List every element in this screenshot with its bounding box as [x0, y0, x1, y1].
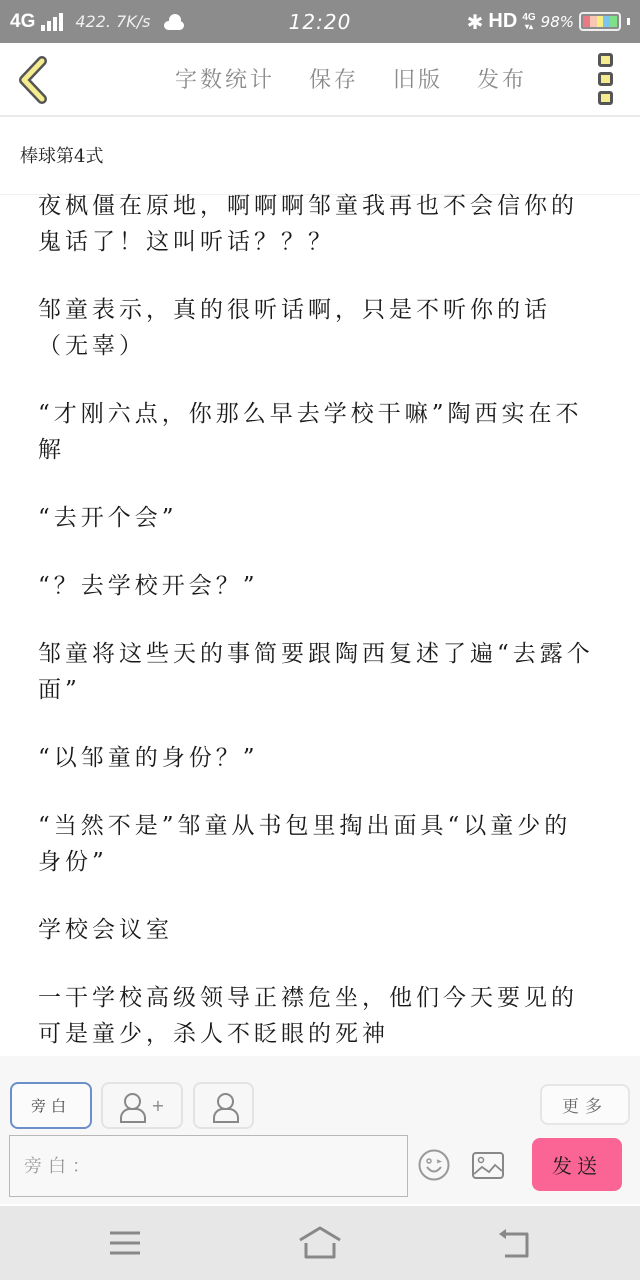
paragraph: “去开个会” — [38, 500, 598, 536]
toolbar-actions: 字数统计 保存 旧版 发布 — [175, 63, 527, 94]
person-icon — [119, 1093, 143, 1119]
paragraph: 一干学校高级领导正襟危坐，他们今天要见的可是童少，杀人不眨眼的死神 — [38, 980, 598, 1052]
person-icon — [212, 1093, 236, 1119]
story-content[interactable]: 夜枫僵在原地，啊啊啊邹童我再也不会信你的鬼话了！这叫听话？？？ 邹童表示，真的很… — [38, 188, 598, 1056]
save-button[interactable]: 保存 — [309, 63, 359, 94]
old-version-button[interactable]: 旧版 — [393, 63, 443, 94]
message-input[interactable]: 旁白： — [9, 1135, 408, 1197]
paragraph: “？去学校开会？” — [38, 568, 598, 604]
paragraph: 邹童表示，真的很听话啊，只是不听你的话（无辜） — [38, 292, 598, 364]
home-button[interactable] — [298, 1226, 342, 1260]
narrator-label: 旁白 — [31, 1095, 71, 1116]
back-nav-button[interactable] — [495, 1226, 535, 1260]
narrator-role-button[interactable]: 旁白 — [10, 1082, 92, 1129]
more-options-button[interactable] — [598, 53, 616, 105]
image-icon — [472, 1152, 504, 1179]
battery-tip — [627, 18, 630, 25]
home-icon — [298, 1226, 342, 1260]
system-nav-bar — [0, 1206, 640, 1280]
more-vertical-icon-dot — [598, 91, 613, 105]
paragraph: “以邹童的身份？” — [38, 740, 598, 776]
menu-icon — [105, 1226, 145, 1260]
character-button[interactable] — [193, 1082, 254, 1129]
compose-panel: 旁白 + 更多 旁白： 发送 — [0, 1056, 640, 1204]
status-bar: 4G 422. 7K/s 12:20 ✱ HD 4G ▾▴ 98% — [0, 0, 640, 43]
bluetooth-icon: ✱ — [467, 10, 484, 34]
chevron-left-icon — [14, 55, 54, 105]
paragraph: “才刚六点，你那么早去学校干嘛”陶西实在不解 — [38, 396, 598, 468]
chapter-title[interactable]: 棒球第4式 — [20, 142, 103, 168]
paragraph: 夜枫僵在原地，啊啊啊邹童我再也不会信你的鬼话了！这叫听话？？？ — [38, 188, 598, 260]
publish-button[interactable]: 发布 — [477, 63, 527, 94]
paragraph: 学校会议室 — [38, 912, 598, 948]
network-type: 4G — [10, 11, 35, 33]
image-button[interactable] — [472, 1152, 504, 1179]
signal-icon — [41, 13, 63, 31]
paragraph: “当然不是”邹童从书包里掏出面具“以童少的身份” — [38, 808, 598, 880]
more-vertical-icon-dot — [598, 72, 613, 86]
battery-icon — [579, 12, 621, 31]
4g-data-icon: 4G ▾▴ — [522, 13, 535, 31]
more-button[interactable]: 更多 — [540, 1084, 630, 1125]
add-character-button[interactable]: + — [101, 1082, 183, 1129]
paragraph: 邹童将这些天的事简要跟陶西复述了遍“去露个面” — [38, 636, 598, 708]
battery-percent: 98% — [541, 13, 574, 31]
top-toolbar: 字数统计 保存 旧版 发布 — [0, 43, 640, 117]
word-count-button[interactable]: 字数统计 — [175, 63, 275, 94]
network-speed: 422. 7K/s — [75, 12, 150, 31]
emoji-button[interactable] — [418, 1149, 450, 1181]
plus-icon: + — [151, 1096, 164, 1115]
recent-apps-button[interactable] — [105, 1226, 145, 1260]
emoji-icon — [418, 1149, 450, 1181]
back-button[interactable] — [14, 55, 54, 105]
hd-indicator: HD — [488, 10, 517, 33]
more-vertical-icon-dot — [598, 53, 613, 67]
cloud-icon — [162, 14, 184, 30]
back-icon — [495, 1226, 535, 1260]
send-button[interactable]: 发送 — [532, 1138, 622, 1191]
